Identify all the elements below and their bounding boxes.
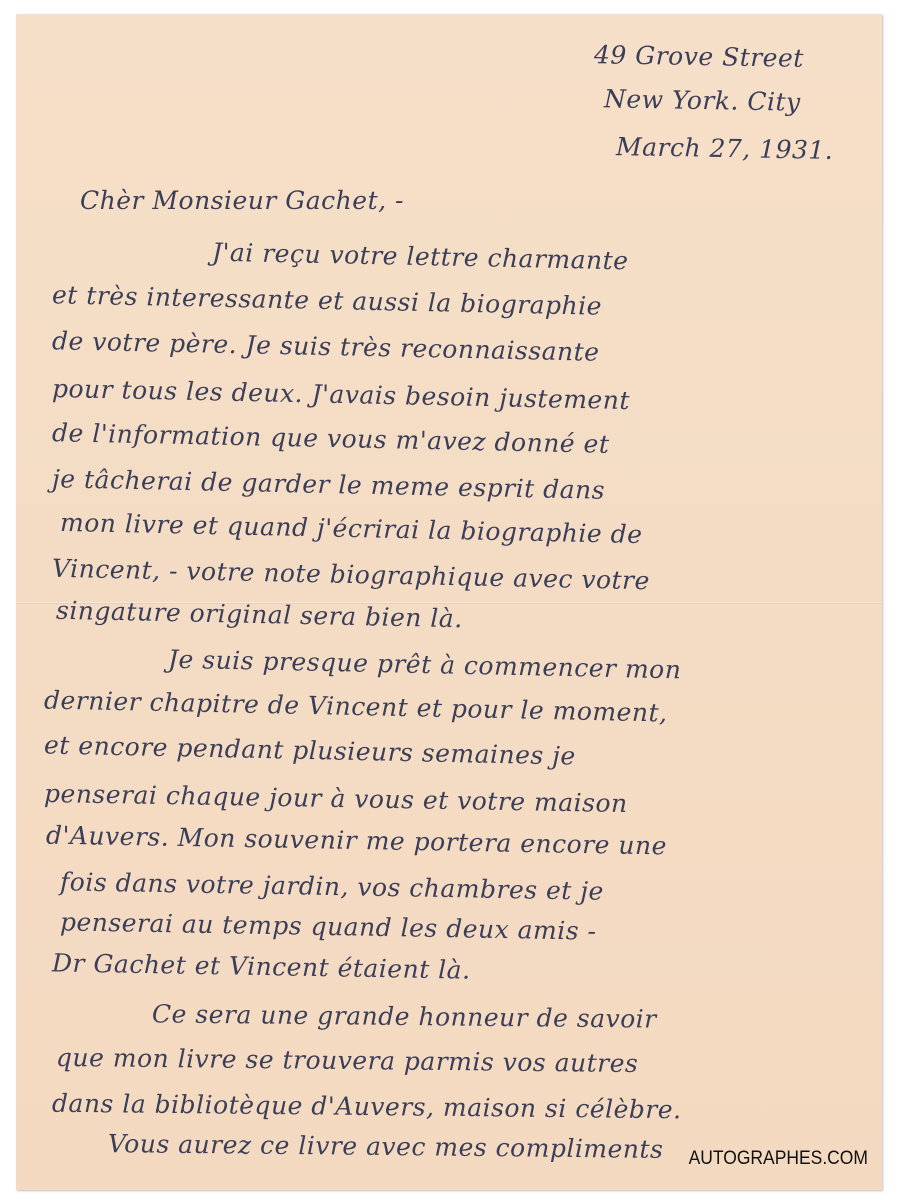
letter-date: March 27, 1931. (616, 132, 834, 165)
salutation: Chèr Monsieur Gachet, - (80, 186, 404, 215)
letter-line-16: penserai au temps quand les deux amis - (60, 907, 597, 945)
letter-line-20: dans la bibliotèque d'Auvers, maison si … (52, 1089, 682, 1125)
address-line-1: 49 Grove Street (594, 40, 804, 73)
letter-line-21: Vous aurez ce livre avec mes compliments (108, 1129, 664, 1164)
letter-line-19: que mon livre se trouvera parmis vos aut… (56, 1043, 639, 1078)
letter-line-3: de votre père. Je suis très reconnaissan… (52, 326, 600, 366)
letter-line-2: et très interessante et aussi la biograp… (52, 280, 603, 321)
address-line-2: New York. City (604, 84, 801, 116)
letter-line-5: de l'information que vous m'avez donné e… (52, 418, 610, 459)
letter-line-18: Ce sera une grande honneur de savoir (152, 999, 657, 1033)
letter-line-7: mon livre et quand j'écrirai la biograph… (60, 508, 643, 549)
letter-line-17: Dr Gachet et Vincent étaient là. (52, 948, 471, 984)
letter-line-11: dernier chapitre de Vincent et pour le m… (44, 685, 668, 727)
letter-line-14: d'Auvers. Mon souvenir me portera encore… (46, 821, 667, 861)
letter-page: 49 Grove Street New York. City March 27,… (16, 14, 882, 1190)
watermark: AUTOGRAPHES.COM (689, 1148, 868, 1170)
letter-line-1: J'ai reçu votre lettre charmante (212, 238, 629, 276)
letter-line-12: et encore pendant plusieurs semaines je (44, 730, 576, 770)
letter-line-13: penserai chaque jour à vous et votre mai… (44, 779, 628, 818)
letter-line-10: Je suis presque prêt à commencer mon (168, 645, 682, 685)
letter-line-15: fois dans votre jardin, vos chambres et … (60, 867, 604, 905)
letter-line-6: je tâcherai de garder le meme esprit dan… (52, 464, 606, 505)
letter-line-8: Vincent, - votre note biographique avec … (52, 554, 650, 596)
letter-line-4: pour tous les deux. J'avais besoin juste… (52, 374, 630, 415)
